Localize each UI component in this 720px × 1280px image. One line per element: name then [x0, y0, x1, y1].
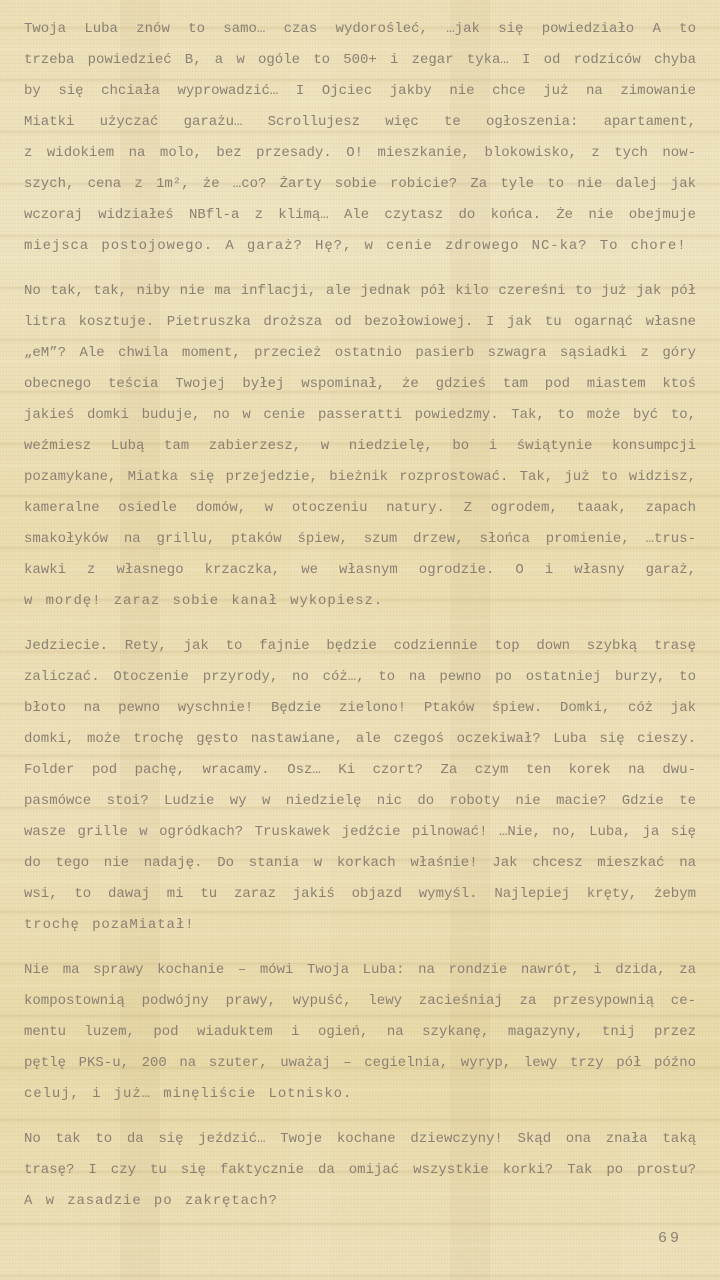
text-line: do tego nie nadaję. Do stania w korkach …	[24, 848, 696, 879]
paragraph: No tak, tak, niby nie ma inflacji, ale j…	[24, 276, 696, 617]
paragraph: Jedziecie. Rety, jak to fajnie będzie co…	[24, 631, 696, 941]
text-line: A w zasadzie po zakrętach?	[24, 1186, 696, 1217]
text-line: litra kosztuje. Pietruszka droższa od be…	[24, 307, 696, 338]
text-line: błoto na pewno wyschnie! Będzie zielono!…	[24, 693, 696, 724]
text-line: wczoraj widziałeś NBfl-a z klimą… Ale cz…	[24, 200, 696, 231]
text-line: celuj, i już… minęliście Lotnisko.	[24, 1079, 696, 1110]
page-text: Twoja Luba znów to samo… czas wydorośleć…	[0, 0, 720, 1217]
text-line: kompostownią podwójny prawy, wypuść, lew…	[24, 986, 696, 1017]
text-line: trochę pozaMiatał!	[24, 910, 696, 941]
paragraph: Nie ma sprawy kochanie – mówi Twoja Luba…	[24, 955, 696, 1110]
text-line: by się chciała wyprowadzić… I Ojciec jak…	[24, 76, 696, 107]
text-line: jakieś domki buduje, no w cenie passerat…	[24, 400, 696, 431]
text-line: zaliczać. Otoczenie przyrody, no cóż…, t…	[24, 662, 696, 693]
text-line: z widokiem na molo, bez przesady. O! mie…	[24, 138, 696, 169]
text-line: smakołyków na grillu, ptaków śpiew, szum…	[24, 524, 696, 555]
book-page: Twoja Luba znów to samo… czas wydorośleć…	[0, 0, 720, 1280]
text-line: miejsca postojowego. A garaż? Hę?, w cen…	[24, 231, 696, 262]
text-line: w mordę! zaraz sobie kanał wykopiesz.	[24, 586, 696, 617]
text-line: obecnego teścia Twojej byłej wspominał, …	[24, 369, 696, 400]
text-line: Jedziecie. Rety, jak to fajnie będzie co…	[24, 631, 696, 662]
text-line: „eM”? Ale chwila moment, przecież ostatn…	[24, 338, 696, 369]
text-line: No tak to da się jeździć… Twoje kochane …	[24, 1124, 696, 1155]
text-line: pętlę PKS-u, 200 na szuter, uważaj – ceg…	[24, 1048, 696, 1079]
text-line: trzeba powiedzieć B, a w ogóle to 500+ i…	[24, 45, 696, 76]
text-line: kawki z własnego krzaczka, we własnym og…	[24, 555, 696, 586]
page-number: 69	[0, 1223, 720, 1254]
text-line: Folder pod pachę, wracamy. Osz… Ki czort…	[24, 755, 696, 786]
text-line: kameralne osiedle domów, w otoczeniu nat…	[24, 493, 696, 524]
text-line: pasmówce stoi? Ludzie wy w niedzielę nic…	[24, 786, 696, 817]
paragraph: Twoja Luba znów to samo… czas wydorośleć…	[24, 14, 696, 262]
paragraph: No tak to da się jeździć… Twoje kochane …	[24, 1124, 696, 1217]
text-line: trasę? I czy tu się faktycznie da omijać…	[24, 1155, 696, 1186]
text-line: Twoja Luba znów to samo… czas wydorośleć…	[24, 14, 696, 45]
text-line: wasze grille w ogródkach? Truskawek jedź…	[24, 817, 696, 848]
text-line: szych, cena z 1m², że …co? Żarty sobie r…	[24, 169, 696, 200]
text-line: No tak, tak, niby nie ma inflacji, ale j…	[24, 276, 696, 307]
text-line: pozamykane, Miatka się przejedzie, bieżn…	[24, 462, 696, 493]
text-line: Nie ma sprawy kochanie – mówi Twoja Luba…	[24, 955, 696, 986]
text-line: domki, może trochę gęsto nastawiane, ale…	[24, 724, 696, 755]
text-line: Miatki użyczać garażu… Scrollujesz więc …	[24, 107, 696, 138]
text-line: mentu luzem, pod wiaduktem i ogień, na s…	[24, 1017, 696, 1048]
text-line: wsi, to dawaj mi tu zaraz jakiś objazd w…	[24, 879, 696, 910]
text-line: weźmiesz Lubą tam zabierzesz, w niedziel…	[24, 431, 696, 462]
